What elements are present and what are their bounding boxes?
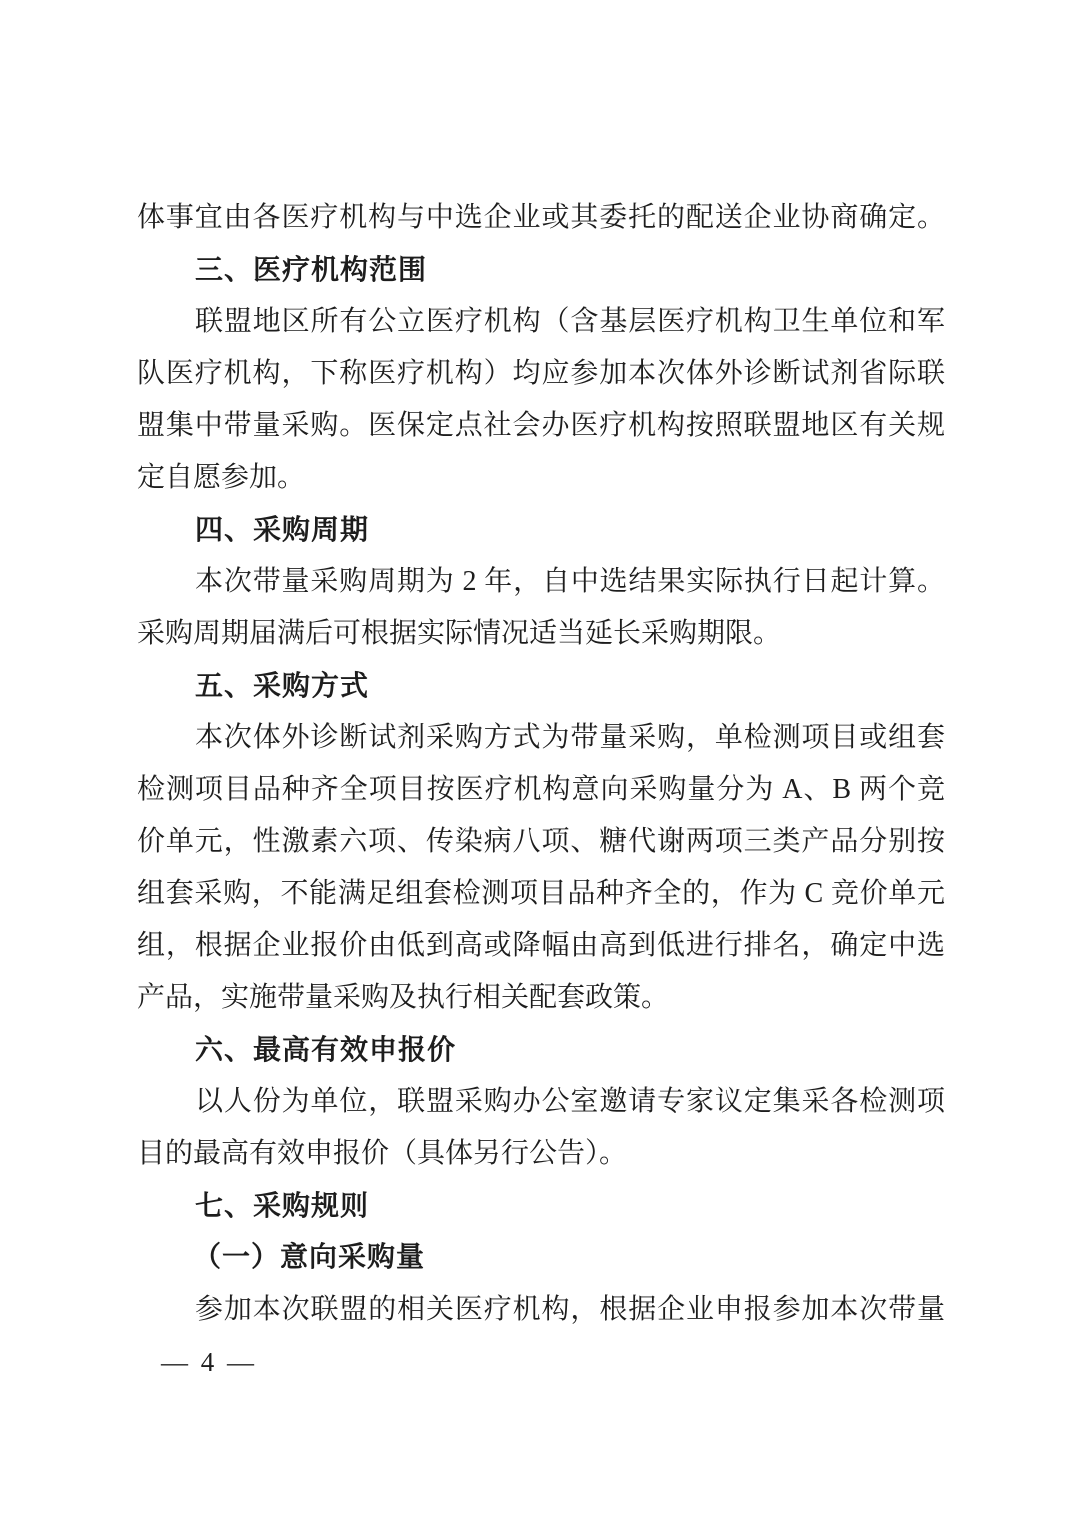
paragraph-line: 检测项目品种齐全项目按医疗机构意向采购量分为 A、B 两个竞 bbox=[137, 764, 945, 816]
document-page: 体事宜由各医疗机构与中选企业或其委托的配送企业协商确定。 三、医疗机构范围 联盟… bbox=[0, 0, 1080, 1526]
paragraph-line: 盟集中带量采购。医保定点社会办医疗机构按照联盟地区有关规 bbox=[137, 400, 945, 452]
paragraph-line: 价单元，性激素六项、传染病八项、糖代谢两项三类产品分别按 bbox=[137, 816, 945, 868]
section-heading-7: 七、采购规则 bbox=[137, 1180, 945, 1232]
document-body: 体事宜由各医疗机构与中选企业或其委托的配送企业协商确定。 三、医疗机构范围 联盟… bbox=[137, 192, 945, 1388]
paragraph-line: 目的最高有效申报价（具体另行公告）。 bbox=[137, 1128, 945, 1180]
paragraph-line: 组套采购，不能满足组套检测项目品种齐全的，作为 C 竞价单元 bbox=[137, 868, 945, 920]
section-heading-3: 三、医疗机构范围 bbox=[137, 244, 945, 296]
paragraph-line: 参加本次联盟的相关医疗机构，根据企业申报参加本次带量 bbox=[137, 1284, 945, 1336]
paragraph-line: 联盟地区所有公立医疗机构（含基层医疗机构卫生单位和军 bbox=[137, 296, 945, 348]
section-heading-5: 五、采购方式 bbox=[137, 660, 945, 712]
page-number: — 4 — bbox=[137, 1336, 945, 1388]
paragraph-line: 采购周期届满后可根据实际情况适当延长采购期限。 bbox=[137, 608, 945, 660]
paragraph-line: 本次体外诊断试剂采购方式为带量采购，单检测项目或组套 bbox=[137, 712, 945, 764]
paragraph-line: 队医疗机构，下称医疗机构）均应参加本次体外诊断试剂省际联 bbox=[137, 348, 945, 400]
paragraph-line: 以人份为单位，联盟采购办公室邀请专家议定集采各检测项 bbox=[137, 1076, 945, 1128]
paragraph-line: 本次带量采购周期为 2 年，自中选结果实际执行日起计算。 bbox=[137, 556, 945, 608]
paragraph-line: 产品，实施带量采购及执行相关配套政策。 bbox=[137, 972, 945, 1024]
paragraph-line: 组，根据企业报价由低到高或降幅由高到低进行排名，确定中选 bbox=[137, 920, 945, 972]
section-heading-6: 六、最高有效申报价 bbox=[137, 1024, 945, 1076]
section-heading-4: 四、采购周期 bbox=[137, 504, 945, 556]
paragraph-line: 定自愿参加。 bbox=[137, 452, 945, 504]
sub-heading-item-1: （一）意向采购量 bbox=[137, 1232, 945, 1284]
paragraph-line: 体事宜由各医疗机构与中选企业或其委托的配送企业协商确定。 bbox=[137, 192, 945, 244]
